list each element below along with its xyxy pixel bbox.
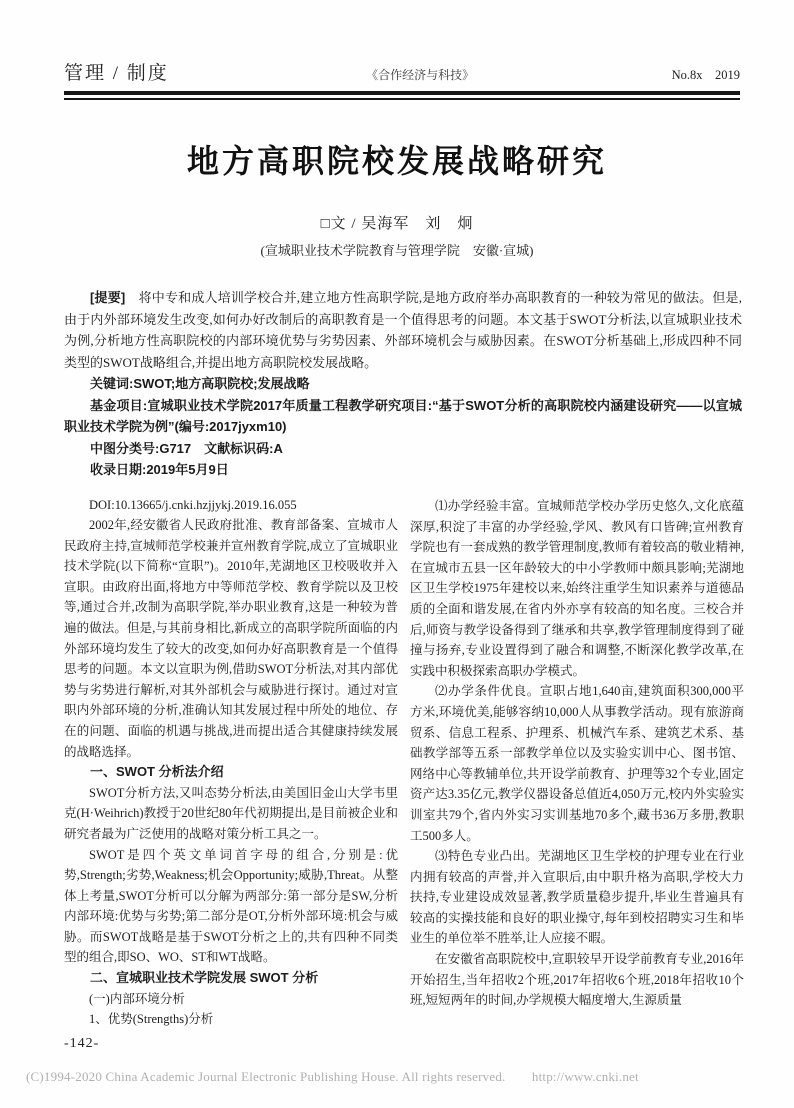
paper-title: 地方高职院校发展战略研究: [0, 136, 794, 182]
byline: □文 / 吴海军 刘 炯: [0, 212, 794, 233]
paragraph-intro: 2002年,经安徽省人民政府批准、教育部备案、宣城市人民政府主持,宣城师范学校兼…: [64, 515, 398, 762]
body-column-left: DOI:10.13665/j.cnki.hzjjykj.2019.16.055 …: [64, 496, 398, 1030]
section-heading-1: 一、SWOT 分析法介绍: [64, 762, 398, 783]
paragraph-strength-4: 在安徽省高职院校中,宣职较早开设学前教育专业,2016年开始招生,当年招收2个班…: [410, 949, 744, 1011]
copyright-notice: (C)1994-2020 China Academic Journal Elec…: [26, 1066, 766, 1085]
body-column-right: ⑴办学经验丰富。宣城师范学校办学历史悠久,文化底蕴深厚,积淀了丰富的办学经验,学…: [410, 496, 744, 1011]
page-number: -142-: [64, 1036, 99, 1052]
abstract-text: 将中专和成人培训学校合并,建立地方性高职学院,是地方政府举办高职教育的一种较为常…: [64, 290, 742, 370]
paragraph-swot-definition: SWOT分析方法,又叫态势分析法,由美国旧金山大学韦里克(H·Weihrich)…: [64, 783, 398, 845]
header-rule-thick: [64, 91, 740, 95]
paragraph-strength-2: ⑵办学条件优良。宣职占地1,640亩,建筑面积300,000平方米,环境优美,能…: [410, 681, 744, 846]
header-rule-thin: [64, 98, 740, 100]
received-date-line: 收录日期:2019年5月9日: [64, 459, 742, 481]
meta-block: [提要] 将中专和成人培训学校合并,建立地方性高职学院,是地方政府举办高职教育的…: [64, 287, 742, 481]
affiliation: (宣城职业技术学院教育与管理学院 安徽·宣城): [0, 240, 794, 259]
paragraph-strength-1: ⑴办学经验丰富。宣城师范学校办学历史悠久,文化底蕴深厚,积淀了丰富的办学经验,学…: [410, 496, 744, 681]
issue-number: No.8x 2019: [672, 65, 740, 83]
subsection-internal-environment: (一)内部环境分析: [64, 989, 398, 1010]
page-header: 管理 / 制度 《合作经济与科技》 No.8x 2019: [64, 58, 740, 85]
journal-page: 管理 / 制度 《合作经济与科技》 No.8x 2019 地方高职院校发展战略研…: [0, 0, 794, 1108]
journal-name: 《合作经济与科技》: [366, 66, 474, 83]
abstract-label: [提要]: [90, 290, 125, 305]
clc-number-line: 中图分类号:G717 文献标识码:A: [64, 438, 742, 460]
doi-line: DOI:10.13665/j.cnki.hzjjykj.2019.16.055: [64, 496, 398, 515]
section-heading-2: 二、宣城职业技术学院发展 SWOT 分析: [64, 968, 398, 989]
keywords-line: 关键词:SWOT;地方高职院校;发展战略: [64, 373, 742, 395]
abstract: [提要] 将中专和成人培训学校合并,建立地方性高职学院,是地方政府举办高职教育的…: [64, 287, 742, 373]
paragraph-swot-components: SWOT是四个英文单词首字母的组合,分别是:优势,Strength;劣势,Wea…: [64, 845, 398, 969]
fund-project-line: 基金项目:宣城职业技术学院2017年质量工程教学研究项目:“基于SWOT分析的高…: [64, 395, 742, 438]
paragraph-strength-3: ⑶特色专业凸出。芜湖地区卫生学校的护理专业在行业内拥有较高的声誉,并入宣职后,由…: [410, 846, 744, 949]
column-section-label: 管理 / 制度: [64, 58, 169, 85]
subsection-strengths: 1、优势(Strengths)分析: [64, 1009, 398, 1030]
